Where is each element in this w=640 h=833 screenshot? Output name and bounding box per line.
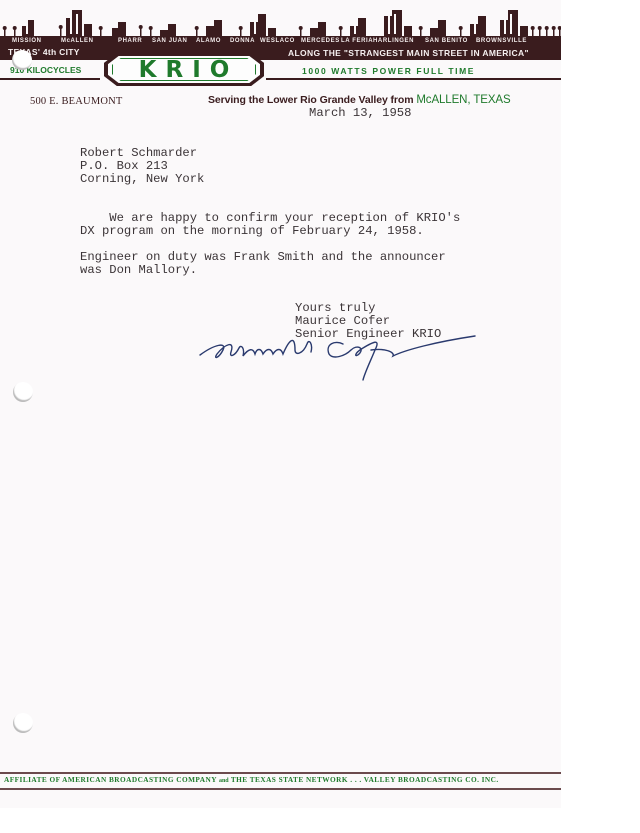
town-name: MISSION — [12, 38, 42, 44]
town-name: BROWNSVILLE — [476, 38, 527, 44]
footer-rule — [0, 772, 561, 774]
town-name: MERCEDES — [301, 38, 340, 44]
closing-salutation: Yours truly — [295, 301, 375, 315]
footer-affiliate: AFFILIATE OF AMERICAN BROADCASTING COMPA… — [4, 775, 217, 784]
service-area: Serving the Lower Rio Grande Valley from… — [208, 94, 511, 106]
city-name: McALLEN, TEXAS — [416, 94, 510, 106]
recipient-po-box: P.O. Box 213 — [80, 159, 168, 173]
town-name: PHARR — [118, 38, 142, 44]
slogan: ALONG THE "STRANGEST MAIN STREET IN AMER… — [288, 48, 529, 58]
letter-date: March 13, 1958 — [309, 107, 411, 120]
town-name: McALLEN — [61, 38, 94, 44]
skyline-illustration — [0, 8, 561, 40]
station-logo: KRIO — [112, 56, 256, 84]
divider — [0, 78, 100, 80]
signer-name: Maurice Cofer — [295, 314, 390, 328]
town-name: DONNA — [230, 38, 255, 44]
punch-hole — [13, 713, 33, 733]
handwritten-signature — [195, 330, 485, 390]
footer-affiliation: AFFILIATE OF AMERICAN BROADCASTING COMPA… — [4, 775, 499, 784]
footer-network: THE TEXAS STATE NETWORK . . . VALLEY BRO… — [231, 775, 499, 784]
town-name: SAN JUAN — [152, 38, 187, 44]
footer-connector: and — [219, 778, 229, 784]
town-name: WESLACO — [260, 38, 295, 44]
divider — [266, 78, 561, 80]
punch-hole — [13, 382, 33, 402]
letter-page: MISSION McALLEN PHARR SAN JUAN ALAMO DON… — [0, 0, 561, 808]
serving-text: Serving the Lower Rio Grande Valley from — [208, 94, 413, 106]
letter-paragraph: We are happy to confirm your reception o… — [80, 212, 460, 238]
town-name: LA FERIA — [341, 38, 373, 44]
town-name: SAN BENITO — [425, 38, 468, 44]
town-list: MISSION McALLEN PHARR SAN JUAN ALAMO DON… — [0, 38, 561, 47]
town-name: ALAMO — [196, 38, 221, 44]
punch-hole — [12, 50, 32, 70]
town-name: HARLINGEN — [373, 38, 414, 44]
recipient-name: Robert Schmarder — [80, 146, 197, 160]
power-label: 1000 WATTS POWER FULL TIME — [302, 66, 475, 76]
recipient-city: Corning, New York — [80, 172, 204, 186]
footer-rule — [0, 788, 561, 790]
recipient-address: Robert Schmarder P.O. Box 213 Corning, N… — [80, 147, 204, 186]
letter-paragraph: Engineer on duty was Frank Smith and the… — [80, 251, 446, 277]
street-address: 500 E. BEAUMONT — [30, 96, 123, 107]
